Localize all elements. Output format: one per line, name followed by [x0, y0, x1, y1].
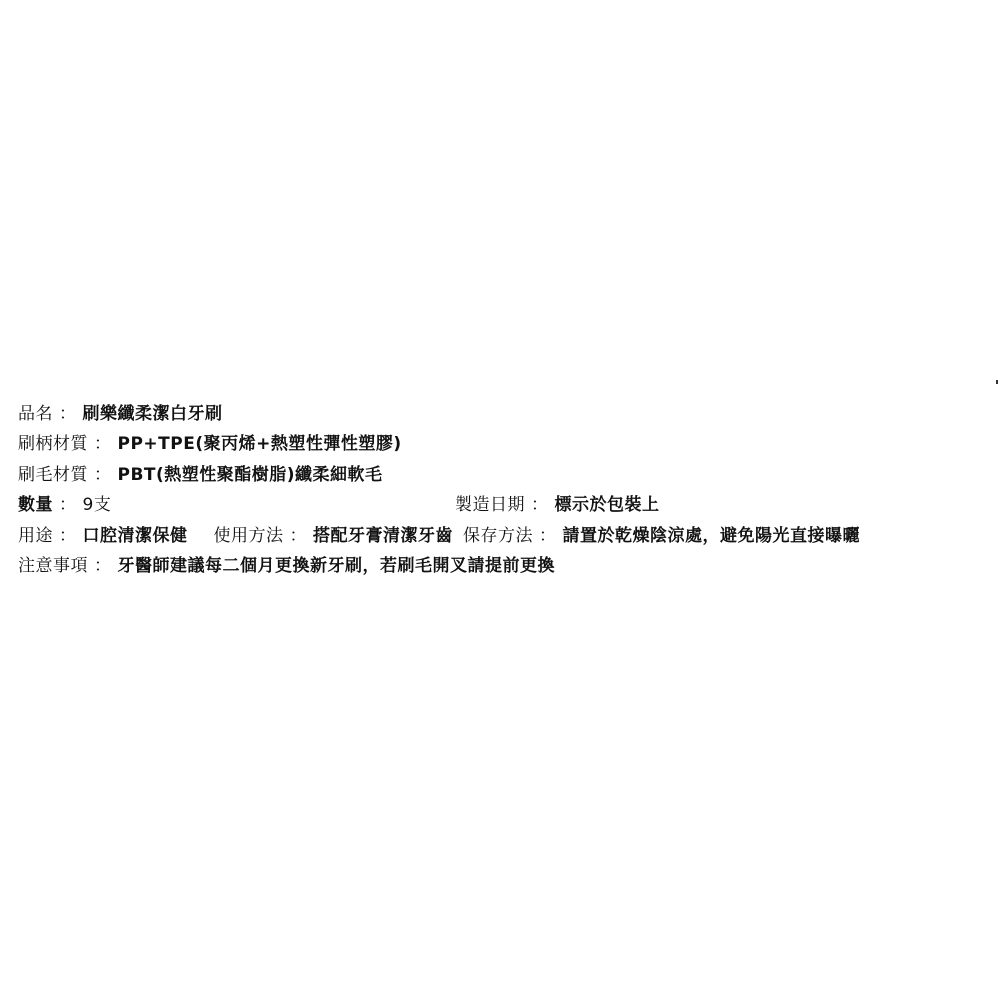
method-key: 使用方法 [214, 526, 284, 546]
storage-value: 請置於乾燥陰涼處，避免陽光直接曝曬 [563, 526, 861, 546]
separator: ： [59, 526, 77, 546]
manufacture-date-key: 製造日期 [455, 495, 525, 515]
quantity-row: 數量：9支 [18, 494, 111, 516]
usage-value: 口腔清潔保健 [83, 526, 188, 546]
handle-material-row: 刷柄材質：PP+TPE(聚丙烯+熱塑性彈性塑膠) [18, 433, 402, 455]
edge-mark [996, 380, 998, 384]
separator: ： [94, 465, 112, 485]
usage-row: 用途：口腔清潔保健使用方法：搭配牙膏清潔牙齒保存方法：請置於乾燥陰涼處，避免陽光… [18, 525, 860, 547]
product-name-key: 品名 [18, 404, 53, 424]
notes-key: 注意事項 [18, 556, 88, 576]
separator: ： [59, 404, 77, 424]
separator: ： [94, 556, 112, 576]
bristle-material-row: 刷毛材質：PBT(熱塑性聚酯樹脂)纖柔細軟毛 [18, 464, 383, 486]
notes-row: 注意事項：牙醫師建議每二個月更換新牙刷，若刷毛開叉請提前更換 [18, 555, 555, 577]
bristle-material-value: PBT(熱塑性聚酯樹脂)纖柔細軟毛 [118, 465, 383, 485]
manufacture-date-row: 製造日期：標示於包裝上 [455, 494, 660, 516]
manufacture-date-value: 標示於包裝上 [555, 495, 660, 515]
separator: ： [290, 526, 308, 546]
handle-material-key: 刷柄材質 [18, 434, 88, 454]
quantity-key: 數量 [18, 495, 53, 515]
method-value: 搭配牙膏清潔牙齒 [313, 526, 453, 546]
separator: ： [539, 526, 557, 546]
separator: ： [59, 495, 77, 515]
notes-value: 牙醫師建議每二個月更換新牙刷，若刷毛開叉請提前更換 [118, 556, 556, 576]
separator: ： [531, 495, 549, 515]
bristle-material-key: 刷毛材質 [18, 465, 88, 485]
separator: ： [94, 434, 112, 454]
product-name-row: 品名：刷樂纖柔潔白牙刷 [18, 403, 223, 425]
storage-key: 保存方法 [463, 526, 533, 546]
handle-material-value: PP+TPE(聚丙烯+熱塑性彈性塑膠) [118, 434, 402, 454]
product-name-value: 刷樂纖柔潔白牙刷 [83, 404, 223, 424]
quantity-value: 9支 [83, 495, 112, 515]
usage-key: 用途 [18, 526, 53, 546]
